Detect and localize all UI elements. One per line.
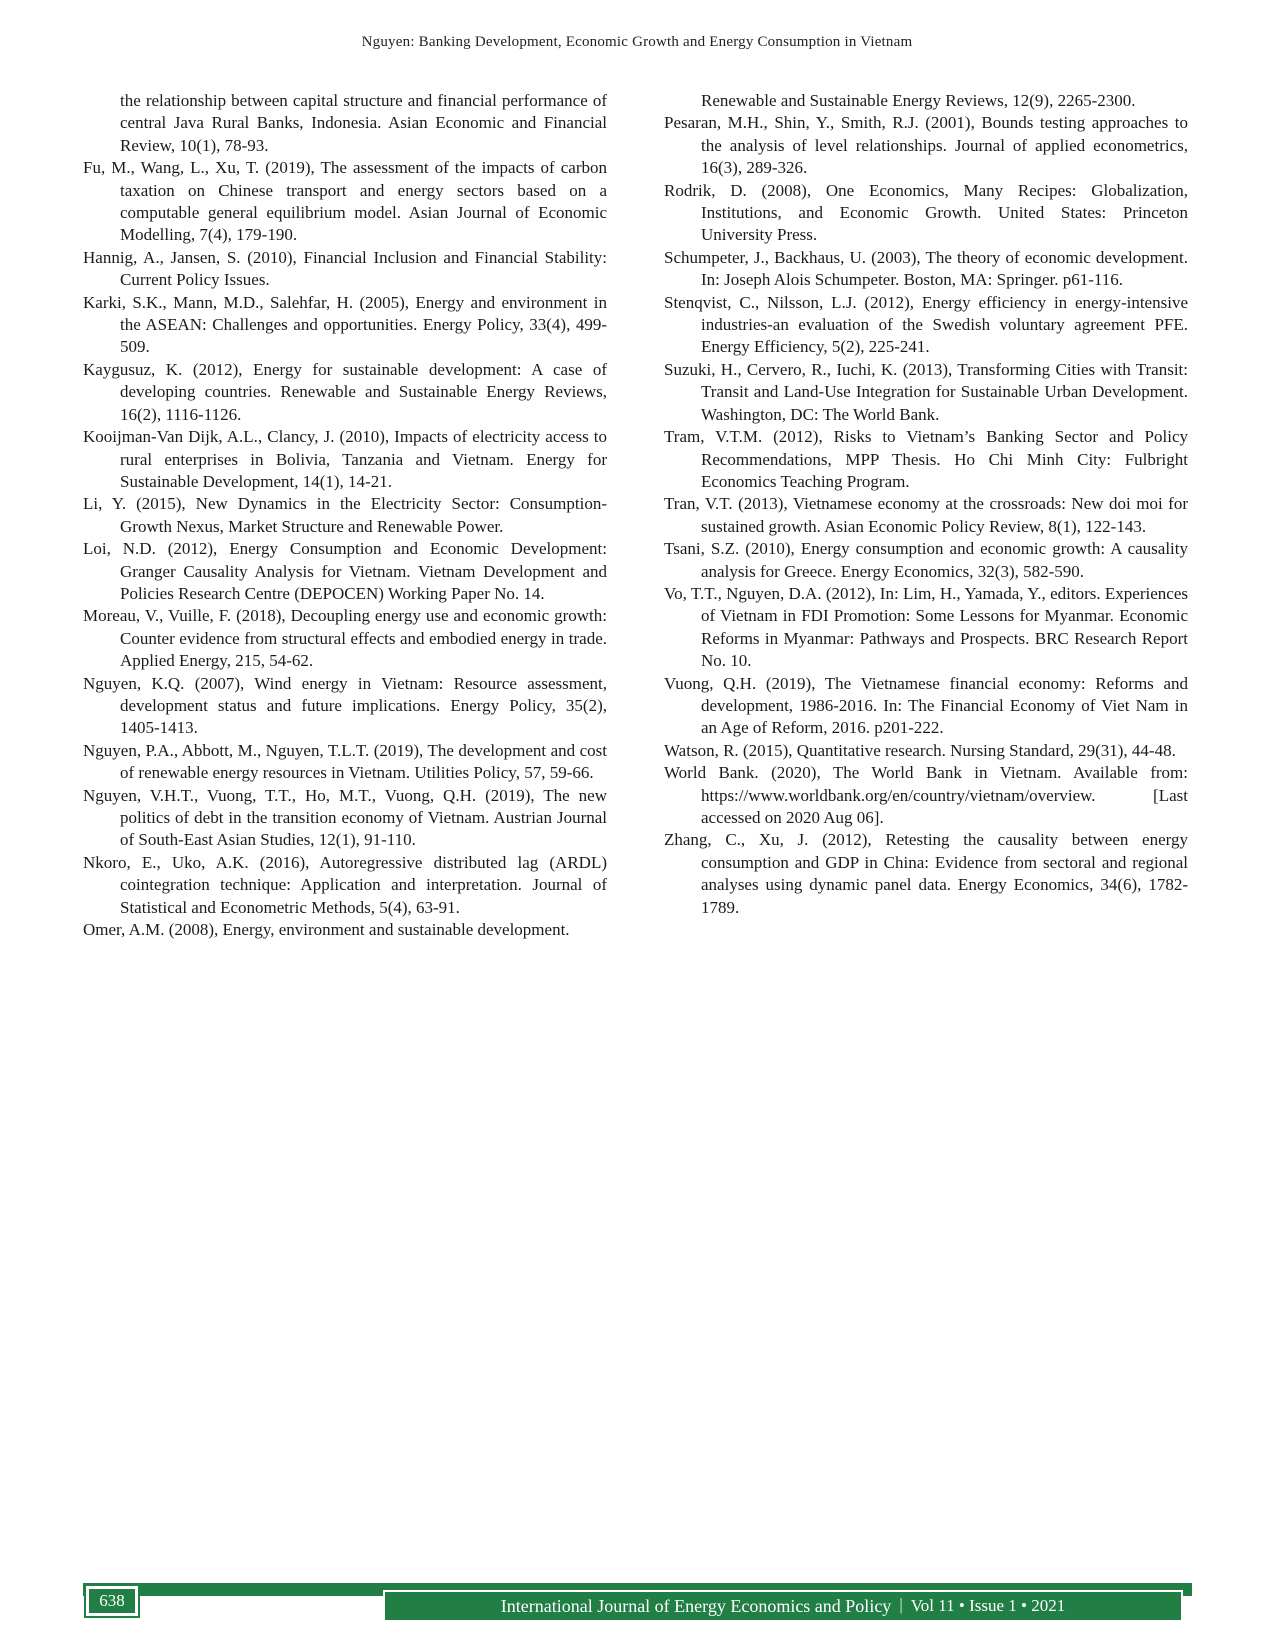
reference-item: Karki, S.K., Mann, M.D., Salehfar, H. (2…: [83, 292, 607, 359]
reference-item: Nguyen, V.H.T., Vuong, T.T., Ho, M.T., V…: [83, 785, 607, 852]
reference-item: Omer, A.M. (2008), Energy, environment a…: [83, 919, 607, 941]
reference-item: Nguyen, P.A., Abbott, M., Nguyen, T.L.T.…: [83, 740, 607, 785]
page-number-badge: 638: [86, 1586, 138, 1616]
reference-item: Suzuki, H., Cervero, R., Iuchi, K. (2013…: [664, 359, 1188, 426]
references-left-column: the relationship between capital structu…: [83, 90, 607, 941]
reference-continuation: Renewable and Sustainable Energy Reviews…: [664, 90, 1188, 112]
reference-item: Rodrik, D. (2008), One Economics, Many R…: [664, 180, 1188, 247]
reference-item: Kooijman-Van Dijk, A.L., Clancy, J. (201…: [83, 426, 607, 493]
reference-item: Zhang, C., Xu, J. (2012), Retesting the …: [664, 829, 1188, 919]
references-right-column: Renewable and Sustainable Energy Reviews…: [664, 90, 1188, 941]
reference-item: Watson, R. (2015), Quantitative research…: [664, 740, 1188, 762]
reference-item: Nguyen, K.Q. (2007), Wind energy in Viet…: [83, 673, 607, 740]
reference-item: Li, Y. (2015), New Dynamics in the Elect…: [83, 493, 607, 538]
reference-item: Moreau, V., Vuille, F. (2018), Decouplin…: [83, 605, 607, 672]
journal-name: International Journal of Energy Economic…: [501, 1596, 892, 1617]
reference-item: Vo, T.T., Nguyen, D.A. (2012), In: Lim, …: [664, 583, 1188, 673]
reference-item: Schumpeter, J., Backhaus, U. (2003), The…: [664, 247, 1188, 292]
running-head: Nguyen: Banking Development, Economic Gr…: [0, 34, 1274, 51]
reference-item: Stenqvist, C., Nilsson, L.J. (2012), Ene…: [664, 292, 1188, 359]
references-section: the relationship between capital structu…: [83, 90, 1188, 941]
reference-item: Fu, M., Wang, L., Xu, T. (2019), The ass…: [83, 157, 607, 247]
journal-issue-info: Vol 11 • Issue 1 • 2021: [911, 1596, 1066, 1616]
reference-item: Tram, V.T.M. (2012), Risks to Vietnam’s …: [664, 426, 1188, 493]
reference-item: Tsani, S.Z. (2010), Energy consumption a…: [664, 538, 1188, 583]
reference-item: Kaygusuz, K. (2012), Energy for sustaina…: [83, 359, 607, 426]
journal-page: Nguyen: Banking Development, Economic Gr…: [0, 0, 1274, 1649]
reference-item: Loi, N.D. (2012), Energy Consumption and…: [83, 538, 607, 605]
reference-item: Hannig, A., Jansen, S. (2010), Financial…: [83, 247, 607, 292]
reference-continuation: the relationship between capital structu…: [83, 90, 607, 157]
reference-item: Pesaran, M.H., Shin, Y., Smith, R.J. (20…: [664, 112, 1188, 179]
journal-footer-bar: International Journal of Energy Economic…: [383, 1590, 1183, 1622]
reference-item: Vuong, Q.H. (2019), The Vietnamese finan…: [664, 673, 1188, 740]
page-number: 638: [99, 1591, 125, 1611]
reference-item: Nkoro, E., Uko, A.K. (2016), Autoregress…: [83, 852, 607, 919]
reference-item: Tran, V.T. (2013), Vietnamese economy at…: [664, 493, 1188, 538]
footer-separator: |: [899, 1595, 902, 1615]
reference-item: World Bank. (2020), The World Bank in Vi…: [664, 762, 1188, 829]
